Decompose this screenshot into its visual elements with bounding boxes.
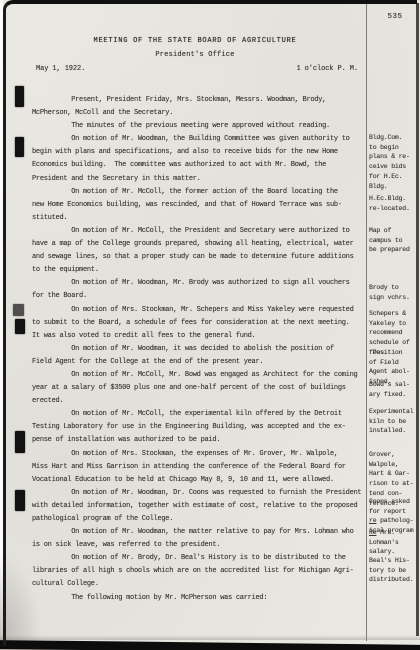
body-line: with detailed information, together with… <box>32 500 368 513</box>
scan-bottom-smudge <box>0 635 420 640</box>
binding-mark <box>15 86 24 107</box>
margin-note: Bowd's sal- ary fixed. <box>369 380 419 399</box>
body-line: pathological program of the College. <box>32 513 368 526</box>
body-line: The minutes of the previous meeting were… <box>32 120 368 133</box>
body-line: President and the Secretary in this matt… <box>32 173 368 186</box>
body-line: is on sick leave, was referred to the pr… <box>32 539 368 552</box>
body-line: On motion of Mr. McColl, the former acti… <box>32 186 368 199</box>
body-line: libraries of all high s chools which are… <box>32 565 368 578</box>
body-line: pense of installation was authorized to … <box>32 434 368 447</box>
body-line: On motion of Mr. McColl, the President a… <box>32 225 368 238</box>
body-line: for the Board. <box>32 290 368 303</box>
scan-left-gutter <box>0 0 3 650</box>
margin-note: Grover, Walpole, Hart & Gar- rison to at… <box>369 450 419 508</box>
margin-note: Re Mrs. Lohman's salary. <box>369 528 419 557</box>
meeting-date: May 1, 1922. <box>36 65 85 73</box>
body-line: year at a salary of $3500 plus one and o… <box>32 382 368 395</box>
body-line: begin with plans and specifications, and… <box>32 146 368 159</box>
body-line: On motion of Mr. Woodman, the matter rel… <box>32 526 368 539</box>
body-line: McPherson, McColl and the Secretary. <box>32 107 368 120</box>
body-line: stituted. <box>32 212 368 225</box>
margin-note: Beal's His- tory to be distributed. <box>369 556 419 585</box>
margin-note: Bldg.Com. to begin plans & re- ceive bid… <box>369 133 419 191</box>
body-line: On motion of Mrs. Stockman, the expenses… <box>32 448 368 461</box>
body-line: It was also voted to credit all fees to … <box>32 330 368 343</box>
body-line: On motion of Mr. McColl, Mr. Bowd was en… <box>32 369 368 382</box>
body-line: The following motion by Mr. McPherson wa… <box>32 592 368 605</box>
body-line: to the equipment. <box>32 264 368 277</box>
body-line: Miss Hart and Miss Garrison in attending… <box>32 461 368 474</box>
body-line: have a map of the College grounds prepar… <box>32 238 368 251</box>
body-line: Field Agent for the College at the end o… <box>32 356 368 369</box>
body-line: On motion of Mr. Woodman, the Building C… <box>32 133 368 146</box>
scan-right-edge <box>416 3 419 636</box>
body-line: Testing Laboratory for use in the Engine… <box>32 421 368 434</box>
document-title: MEETING OF THE STATE BOARD OF AGRICULTUR… <box>30 37 360 45</box>
body-line: to submit to the Board, a schedule of fe… <box>32 317 368 330</box>
margin-note: Coons asked for report re patholog- ical… <box>369 497 419 536</box>
meeting-time: 1 o'clock P. M. <box>296 65 358 73</box>
margin-note: Schepers & Yakeley to recommend schedule… <box>369 309 419 358</box>
margin-note: H.Ec.Bldg. re-located. <box>369 194 419 213</box>
body-line: Present, President Friday, Mrs. Stockman… <box>32 94 368 107</box>
page-number: 535 <box>378 13 412 21</box>
body-line: On motion of Mrs. Stockman, Mr. Schepers… <box>32 304 368 317</box>
date-row: May 1, 1922. 1 o'clock P. M. <box>36 65 358 73</box>
scan-bottom-edge <box>0 640 420 650</box>
body-lines: Present, President Friday, Mrs. Stockman… <box>32 94 368 605</box>
margin-note: Experimental kiln to be installed. <box>369 407 419 436</box>
binding-mark <box>15 490 25 511</box>
binding-mark <box>15 431 25 453</box>
body-line: Economics building. The committee was au… <box>32 159 368 172</box>
binding-mark <box>13 304 24 316</box>
binding-mark <box>15 319 25 334</box>
scanned-minutes-page: 535 MEETING OF THE STATE BOARD OF AGRICU… <box>0 0 420 650</box>
binding-mark <box>15 137 24 157</box>
body-line: and sewage lines, so that a proper study… <box>32 251 368 264</box>
body-line: cultural College. <box>32 578 368 591</box>
body-line: On motion of Mr. Woodman, it was decided… <box>32 343 368 356</box>
body-line: On motion of Mr. Woodman, Dr. Coons was … <box>32 487 368 500</box>
margin-note: Position of Field Agent abol- ished. <box>369 348 419 387</box>
margin-note: Map of campus to be prepared <box>369 226 419 255</box>
body-line: On motion of Mr. Woodman, Mr. Brody was … <box>32 277 368 290</box>
body-line: erected. <box>32 395 368 408</box>
body-line: Vocational Education to be held at Chica… <box>32 474 368 487</box>
body-line: new Home Economics building, was rescind… <box>32 199 368 212</box>
document-subtitle: President's Office <box>30 51 360 59</box>
body-line: On motion of Mr. Brody, Dr. Beal's Histo… <box>32 552 368 565</box>
body-line: On motion of Mr. McColl, the experimenta… <box>32 408 368 421</box>
margin-note: Brody to sign vchrs. <box>369 283 419 302</box>
